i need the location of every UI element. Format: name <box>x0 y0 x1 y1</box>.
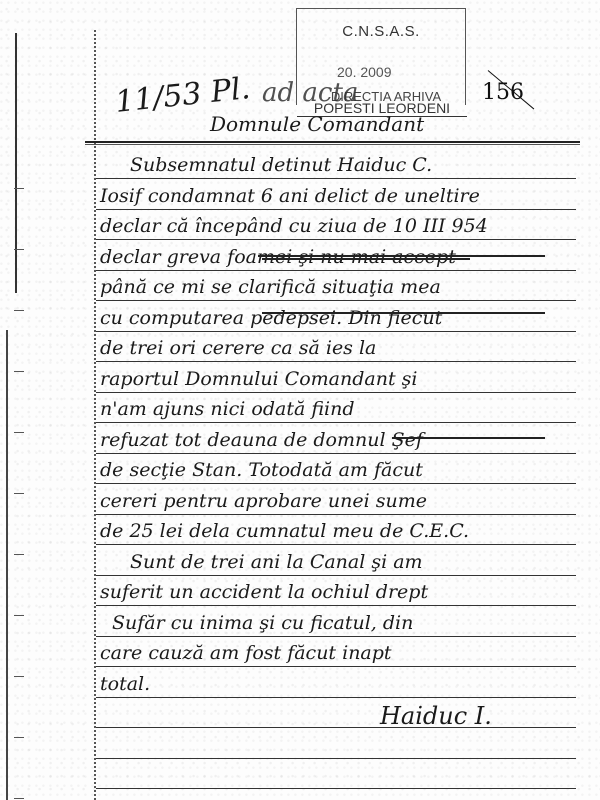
ruled-line <box>96 758 576 759</box>
letter-line: raportul Domnului Comandant şi <box>100 368 417 390</box>
strike-mark <box>262 312 545 314</box>
ruled-line <box>96 636 576 637</box>
margin-tick <box>14 371 24 372</box>
signature: Haiduc I. <box>380 702 492 730</box>
ruled-line <box>96 209 576 210</box>
margin-perforation <box>94 30 96 800</box>
ruled-line <box>96 453 576 454</box>
ruled-line <box>96 483 576 484</box>
ruled-line <box>96 361 576 362</box>
ruled-line <box>96 239 576 240</box>
margin-tick <box>14 615 24 616</box>
strike-mark <box>262 258 470 260</box>
letter-line: până ce mi se clarifică situaţia mea <box>100 276 441 298</box>
letter-line: care cauză am fost făcut inapt <box>100 642 392 664</box>
ruled-line <box>96 331 576 332</box>
stamp-title: C.N.S.A.S. <box>297 23 465 40</box>
ruled-line <box>96 666 576 667</box>
ruled-line <box>96 605 576 606</box>
letter-line: declar că începând cu ziua de 10 III 954 <box>100 215 488 237</box>
margin-tick <box>14 493 24 494</box>
ruled-line <box>96 514 576 515</box>
ruled-line <box>96 422 576 423</box>
letter-line: Sunt de trei ani la Canal şi am <box>130 551 423 573</box>
letter-line: Subsemnatul detinut Haiduc C. <box>130 154 432 176</box>
ruled-line <box>96 544 576 545</box>
ruled-line <box>96 270 576 271</box>
letter-line: cereri pentru aprobare unei sume <box>100 490 427 512</box>
ruled-line <box>96 727 576 728</box>
paper-edge <box>6 330 10 800</box>
margin-tick <box>14 188 24 189</box>
handwritten-annotation: ad acta <box>262 78 358 108</box>
letter-line: refuzat tot deauna de domnul Şef <box>100 429 423 451</box>
strike-mark <box>392 437 545 439</box>
letter-line: de trei ori cerere ca să ies la <box>100 337 376 359</box>
scanned-letter-page: C.N.S.A.S. 20. 2009 DIRECTIA ARHIVA POPE… <box>0 0 600 800</box>
letter-line: cu computarea pedepsei. Din fiecut <box>100 307 442 329</box>
ruled-line <box>96 575 576 576</box>
ruled-line <box>96 300 576 301</box>
letter-line: total. <box>100 673 150 695</box>
letter-line: de 25 lei dela cumnatul meu de C.E.C. <box>100 520 469 542</box>
ruled-line <box>96 697 576 698</box>
salutation: Domnule Comandant <box>210 112 424 136</box>
letter-line: Sufăr cu inima şi cu ficatul, din <box>112 612 413 634</box>
margin-tick <box>14 737 24 738</box>
ruled-line <box>96 392 576 393</box>
margin-tick <box>14 432 24 433</box>
strike-mark <box>258 255 545 257</box>
margin-tick <box>14 554 24 555</box>
letter-line: Iosif condamnat 6 ani delict de uneltire <box>100 185 480 207</box>
header-rule <box>85 141 580 145</box>
letter-line: n'am ajuns nici odată fiind <box>100 398 354 420</box>
letter-line: de secţie Stan. Totodată am făcut <box>100 459 423 481</box>
margin-tick <box>14 310 24 311</box>
margin-tick <box>14 798 24 799</box>
margin-tick <box>14 249 24 250</box>
ruled-line <box>96 788 576 789</box>
margin-tick <box>14 676 24 677</box>
letter-line: suferit un accident la ochiul drept <box>100 581 428 603</box>
ruled-line <box>96 178 576 179</box>
paper-edge <box>15 33 20 293</box>
